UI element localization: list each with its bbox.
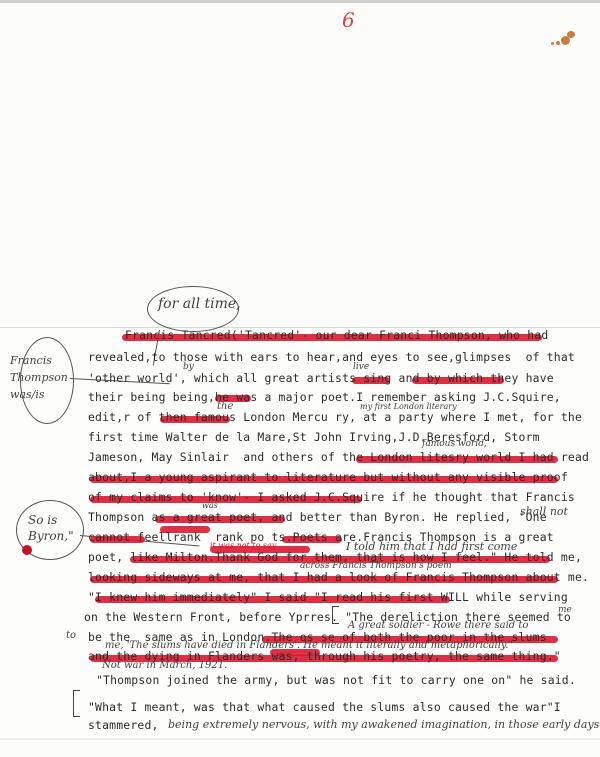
typescript-line: of my claims to 'know'- I asked J.C.Squi… (88, 490, 575, 504)
insertion-me: me (558, 605, 572, 615)
margin-bracket (332, 606, 339, 624)
margin-note-so-is-byron: So is Byron," (28, 512, 78, 544)
insertion-to: to (66, 630, 76, 641)
insertion-i-told-him: I told him that I had first come (346, 540, 517, 553)
insertion-was: was (202, 501, 218, 510)
typescript-line: Francis Tancred('Tancred'- our dear Fran… (125, 328, 548, 342)
slip-bottom-edge (0, 738, 600, 740)
typescript-line: their being being,he was a major poet.I … (88, 390, 561, 404)
insertion-live: live (353, 362, 369, 372)
red-ink-dot (22, 545, 32, 555)
insertion-shall-not: shall not (520, 505, 568, 518)
margin-bracket (73, 690, 80, 717)
margin-note-francis-thompson: Francis Thompson was/is (10, 352, 60, 403)
margin-note-for-all-time: for all time, (158, 296, 241, 312)
typescript-line: Jameson, May Sinlair and others of the L… (88, 450, 589, 464)
insertion-slums-have-died: me, 'The slums have died in Flanders'. H… (105, 640, 513, 651)
insertion-my-first-london-literary: my first London literary (360, 402, 457, 411)
typescript-line: "What I meant, was that what caused the … (88, 700, 561, 714)
typescript-line: 'other world', which all great artists s… (88, 371, 554, 385)
typescript-line: about,I a young aspirant to literature b… (88, 470, 568, 484)
insertion-by: by (183, 362, 194, 372)
insertion-not-war-march: Not war in March, 1921. (102, 660, 227, 671)
insertion-the: the (217, 401, 233, 412)
typescript-line: "I knew him immediately" I said "I read … (88, 590, 568, 604)
typescript-line: looking sideways at me, that I had a loo… (88, 570, 589, 584)
typescript-line: stammered, (88, 718, 159, 732)
page-number: 6 (342, 8, 355, 32)
typescript-line: Thompson as a great poet, and better tha… (88, 510, 547, 524)
typescript-line: "Thompson joined the army, but was not f… (96, 673, 576, 687)
typescript-line: edit,r of then famous London Mercu ry, a… (88, 410, 582, 424)
insertion-being-nervous: being extremely nervous, with my awakene… (168, 718, 600, 731)
insertion-famous-world: famous world, (422, 439, 487, 449)
page-top-edge (0, 0, 600, 3)
insertion-it-was-not-to-say: it was not to say (210, 541, 276, 550)
insertion-across-poem: across Francis Thompson's poem (300, 561, 452, 571)
manuscript-page: 6 for all time, Francis Thompson was/is … (0, 0, 600, 757)
typescript-line: revealed,to those with ears to hear,and … (88, 350, 575, 364)
insertion-great-soldier: A great soldier - Rowe there said to (348, 620, 528, 631)
